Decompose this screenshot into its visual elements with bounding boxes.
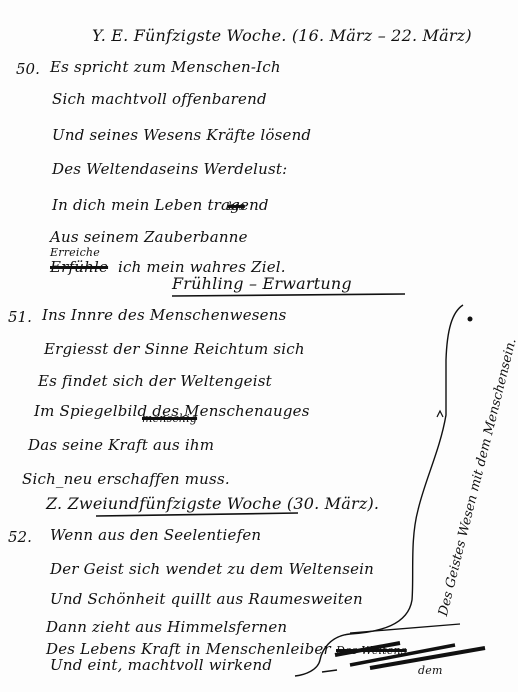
struck-word: bis [228,200,245,213]
verse-line: Sich machtvoll offenbarend [52,90,267,108]
week-heading: Z. Zweiundfünfzigste Woche (30. März). [46,494,379,513]
struck-word: menschig [142,412,197,425]
struck-word: Erfühle [50,258,108,276]
verse-line: Und seines Wesens Kräfte lösend [52,126,311,144]
verse-number: 50. [16,60,40,78]
tail-fragment: dem [418,664,443,677]
verse-line: Es spricht zum Menschen-Ich [50,58,281,76]
verse-line: Ergiesst der Sinne Reichtum sich [44,340,305,358]
verse-line: Dann zieht aus Himmelsfernen [46,618,287,636]
verse-line: Sich_neu erschaffen muss. [22,470,230,488]
verse-line: Und eint, machtvoll wirkend [50,656,272,674]
verse-line: Aus seinem Zauberbanne [50,228,248,246]
verse-line: Es findet sich der Weltengeist [38,372,272,390]
verse-line: Das seine Kraft aus ihm [28,436,214,454]
verse-number: 51. [8,308,32,326]
struck-word: Des Weltens [336,644,407,657]
section-subtitle: Frühling – Erwartung [172,274,352,293]
verse-line: Ins Innre des Menschenwesens [42,306,287,324]
verse-line: Der Geist sich wendet zu dem Weltensein [50,560,374,578]
week-header: Y. E. Fünfzigste Woche. (16. März – 22. … [92,26,472,45]
verse-line: Und Schönheit quillt aus Raumesweiten [50,590,363,608]
manuscript-page: Y. E. Fünfzigste Woche. (16. März – 22. … [0,0,518,692]
verse-number: 52. [8,528,32,546]
verse-line: Wenn aus den Seelentiefen [50,526,261,544]
verse-line: Des Weltendaseins Werdelust: [52,160,287,178]
